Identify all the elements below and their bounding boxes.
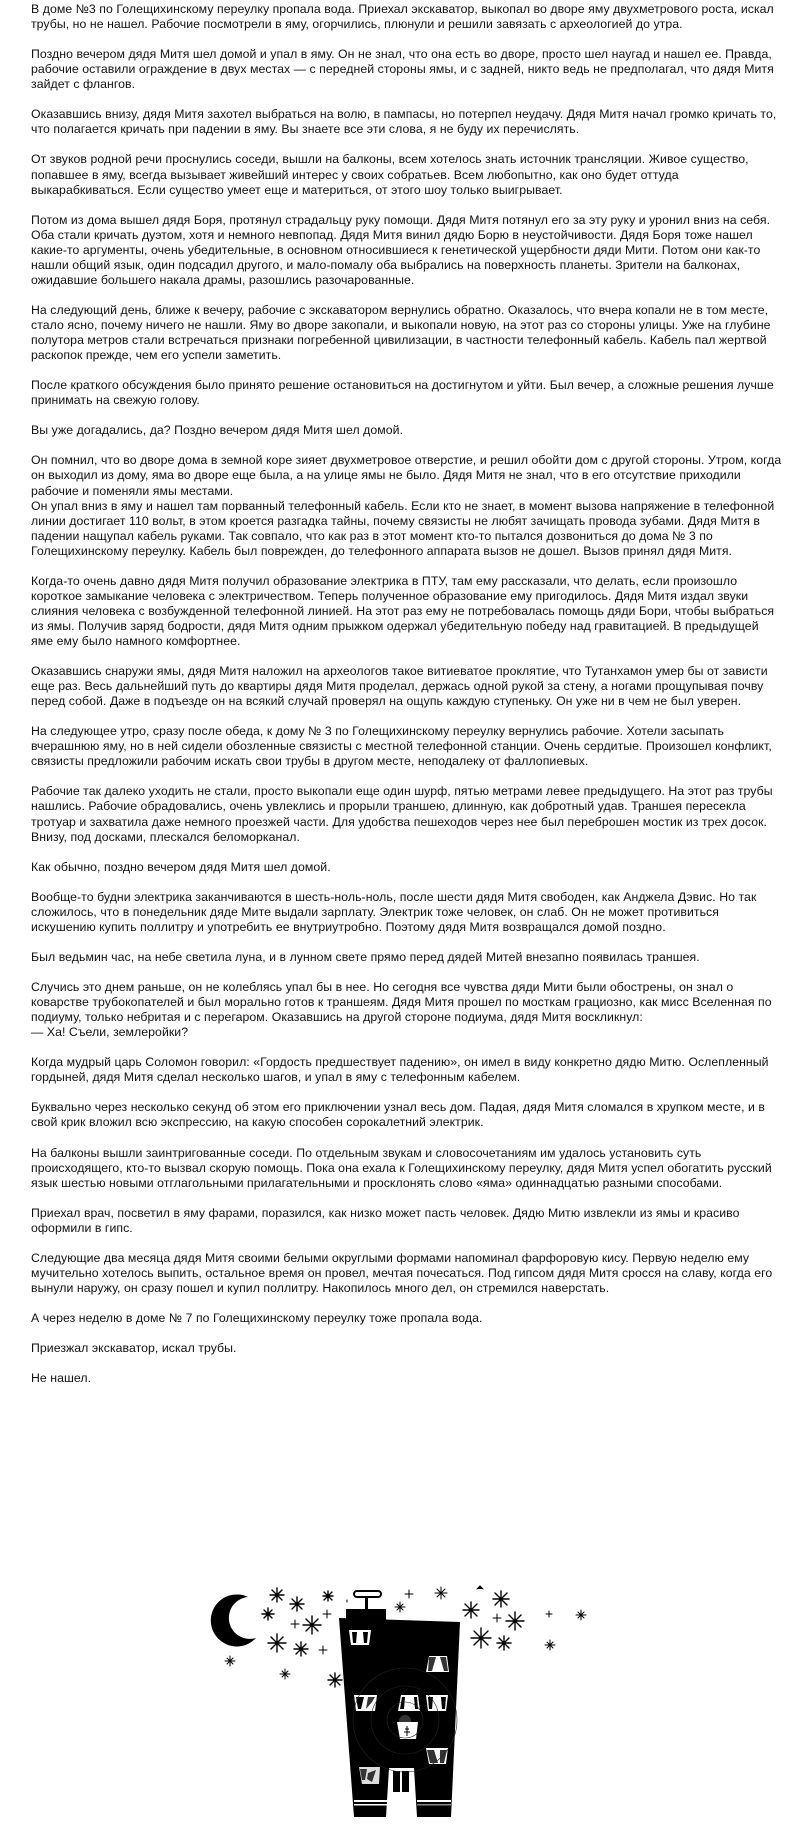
paragraph: В доме №3 по Голещихинскому переулку про… (31, 2, 783, 32)
paragraph: Когда мудрый царь Соломон говорил: «Горд… (31, 1055, 783, 1085)
paragraph-line: Приезжал экскаватор, искал трубы. (31, 1341, 783, 1356)
paragraph: Оказавшись внизу, дядя Митя захотел выбр… (31, 107, 783, 137)
paragraph: Вообще-то будни электрика заканчиваются … (31, 890, 783, 935)
paragraph: Как обычно, поздно вечером дядя Митя шел… (31, 860, 783, 875)
story-text: В доме №3 по Голещихинскому переулку про… (31, 2, 783, 1401)
paragraph-line: Случись это днем раньше, он не колеблясь… (31, 980, 783, 1025)
paragraph-line: Он упал вниз в яму и нашел там порванный… (31, 499, 783, 559)
window (398, 1695, 420, 1711)
paragraph: На следующий день, ближе к вечеру, рабоч… (31, 303, 783, 363)
paragraph-line: Приехал врач, посветил в яму фарами, пор… (31, 1206, 783, 1236)
paragraph: Вы уже догадались, да? Поздно вечером дя… (31, 423, 783, 438)
paragraph: Приезжал экскаватор, искал трубы. (31, 1341, 783, 1356)
paragraph-line: На следующий день, ближе к вечеру, рабоч… (31, 303, 783, 363)
paragraph-line: Был ведьмин час, на небе светила луна, и… (31, 950, 783, 965)
paragraph-line: Следующие два месяца дядя Митя своими бе… (31, 1251, 783, 1296)
paragraph-line: После краткого обсуждения было принято р… (31, 378, 783, 408)
antenna-icon (354, 1591, 381, 1610)
paragraph-line: Поздно вечером дядя Митя шел домой и упа… (31, 47, 783, 92)
paragraph-line: На следующее утро, сразу после обеда, к … (31, 724, 783, 769)
paragraph-line: Как обычно, поздно вечером дядя Митя шел… (31, 860, 783, 875)
paragraph-line: Он помнил, что во дворе дома в земной ко… (31, 453, 783, 498)
paragraph-line: От звуков родной речи проснулись соседи,… (31, 152, 783, 197)
paragraph: Оказавшись снаружи ямы, дядя Митя наложи… (31, 664, 783, 709)
paragraph-line: Рабочие так далеко уходить не стали, про… (31, 784, 783, 844)
paragraph: А через неделю в доме № 7 по Голещихинск… (31, 1311, 783, 1326)
window (354, 1695, 377, 1711)
paragraph-line: А через неделю в доме № 7 по Голещихинск… (31, 1311, 783, 1326)
paragraph: Рабочие так далеко уходить не стали, про… (31, 784, 783, 844)
window (349, 1630, 371, 1645)
paragraph-line: В доме №3 по Голещихинскому переулку про… (31, 2, 783, 32)
paragraph: На следующее утро, сразу после обеда, к … (31, 724, 783, 769)
paragraph: После краткого обсуждения было принято р… (31, 378, 783, 408)
moon-icon (211, 1594, 256, 1646)
paragraph: Буквально через несколько секунд об этом… (31, 1100, 783, 1130)
window (359, 1767, 380, 1784)
paragraph-line: Оказавшись снаружи ямы, дядя Митя наложи… (31, 664, 783, 709)
paragraph-line: Вообще-то будни электрика заканчиваются … (31, 890, 783, 935)
paragraph: От звуков родной речи проснулись соседи,… (31, 152, 783, 197)
paragraph-line: Оказавшись внизу, дядя Митя захотел выбр… (31, 107, 783, 137)
paragraph-line: Не нашел. (31, 1371, 783, 1386)
house-illustration (200, 1580, 600, 1847)
window (426, 1748, 448, 1764)
paragraph-line: Вы уже догадались, да? Поздно вечером дя… (31, 423, 783, 438)
paragraph: Следующие два месяца дядя Митя своими бе… (31, 1251, 783, 1296)
paragraph: Случись это днем раньше, он не колеблясь… (31, 980, 783, 1040)
paragraph-line: Потом из дома вышел дядя Боря, протянул … (31, 213, 783, 288)
paragraph-line: Буквально через несколько секунд об этом… (31, 1100, 783, 1130)
dialogue-line: — Ха! Съели, землеройки? (31, 1025, 783, 1040)
window (426, 1656, 449, 1672)
paragraph-line: На балконы вышли заинтригованные соседи.… (31, 1146, 783, 1191)
paragraph: Он помнил, что во дворе дома в земной ко… (31, 453, 783, 558)
building-icon (339, 1609, 460, 1817)
paragraph-line: Когда-то очень давно дядя Митя получил о… (31, 574, 783, 649)
paragraph: Когда-то очень давно дядя Митя получил о… (31, 574, 783, 649)
paragraph: Был ведьмин час, на небе светила луна, и… (31, 950, 783, 965)
paragraph: Приехал врач, посветил в яму фарами, пор… (31, 1206, 783, 1236)
paragraph: Потом из дома вышел дядя Боря, протянул … (31, 213, 783, 288)
paragraph: Поздно вечером дядя Митя шел домой и упа… (31, 47, 783, 92)
paragraph-line: Когда мудрый царь Соломон говорил: «Горд… (31, 1055, 783, 1085)
paragraph: Не нашел. (31, 1371, 783, 1386)
paragraph: На балконы вышли заинтригованные соседи.… (31, 1146, 783, 1191)
